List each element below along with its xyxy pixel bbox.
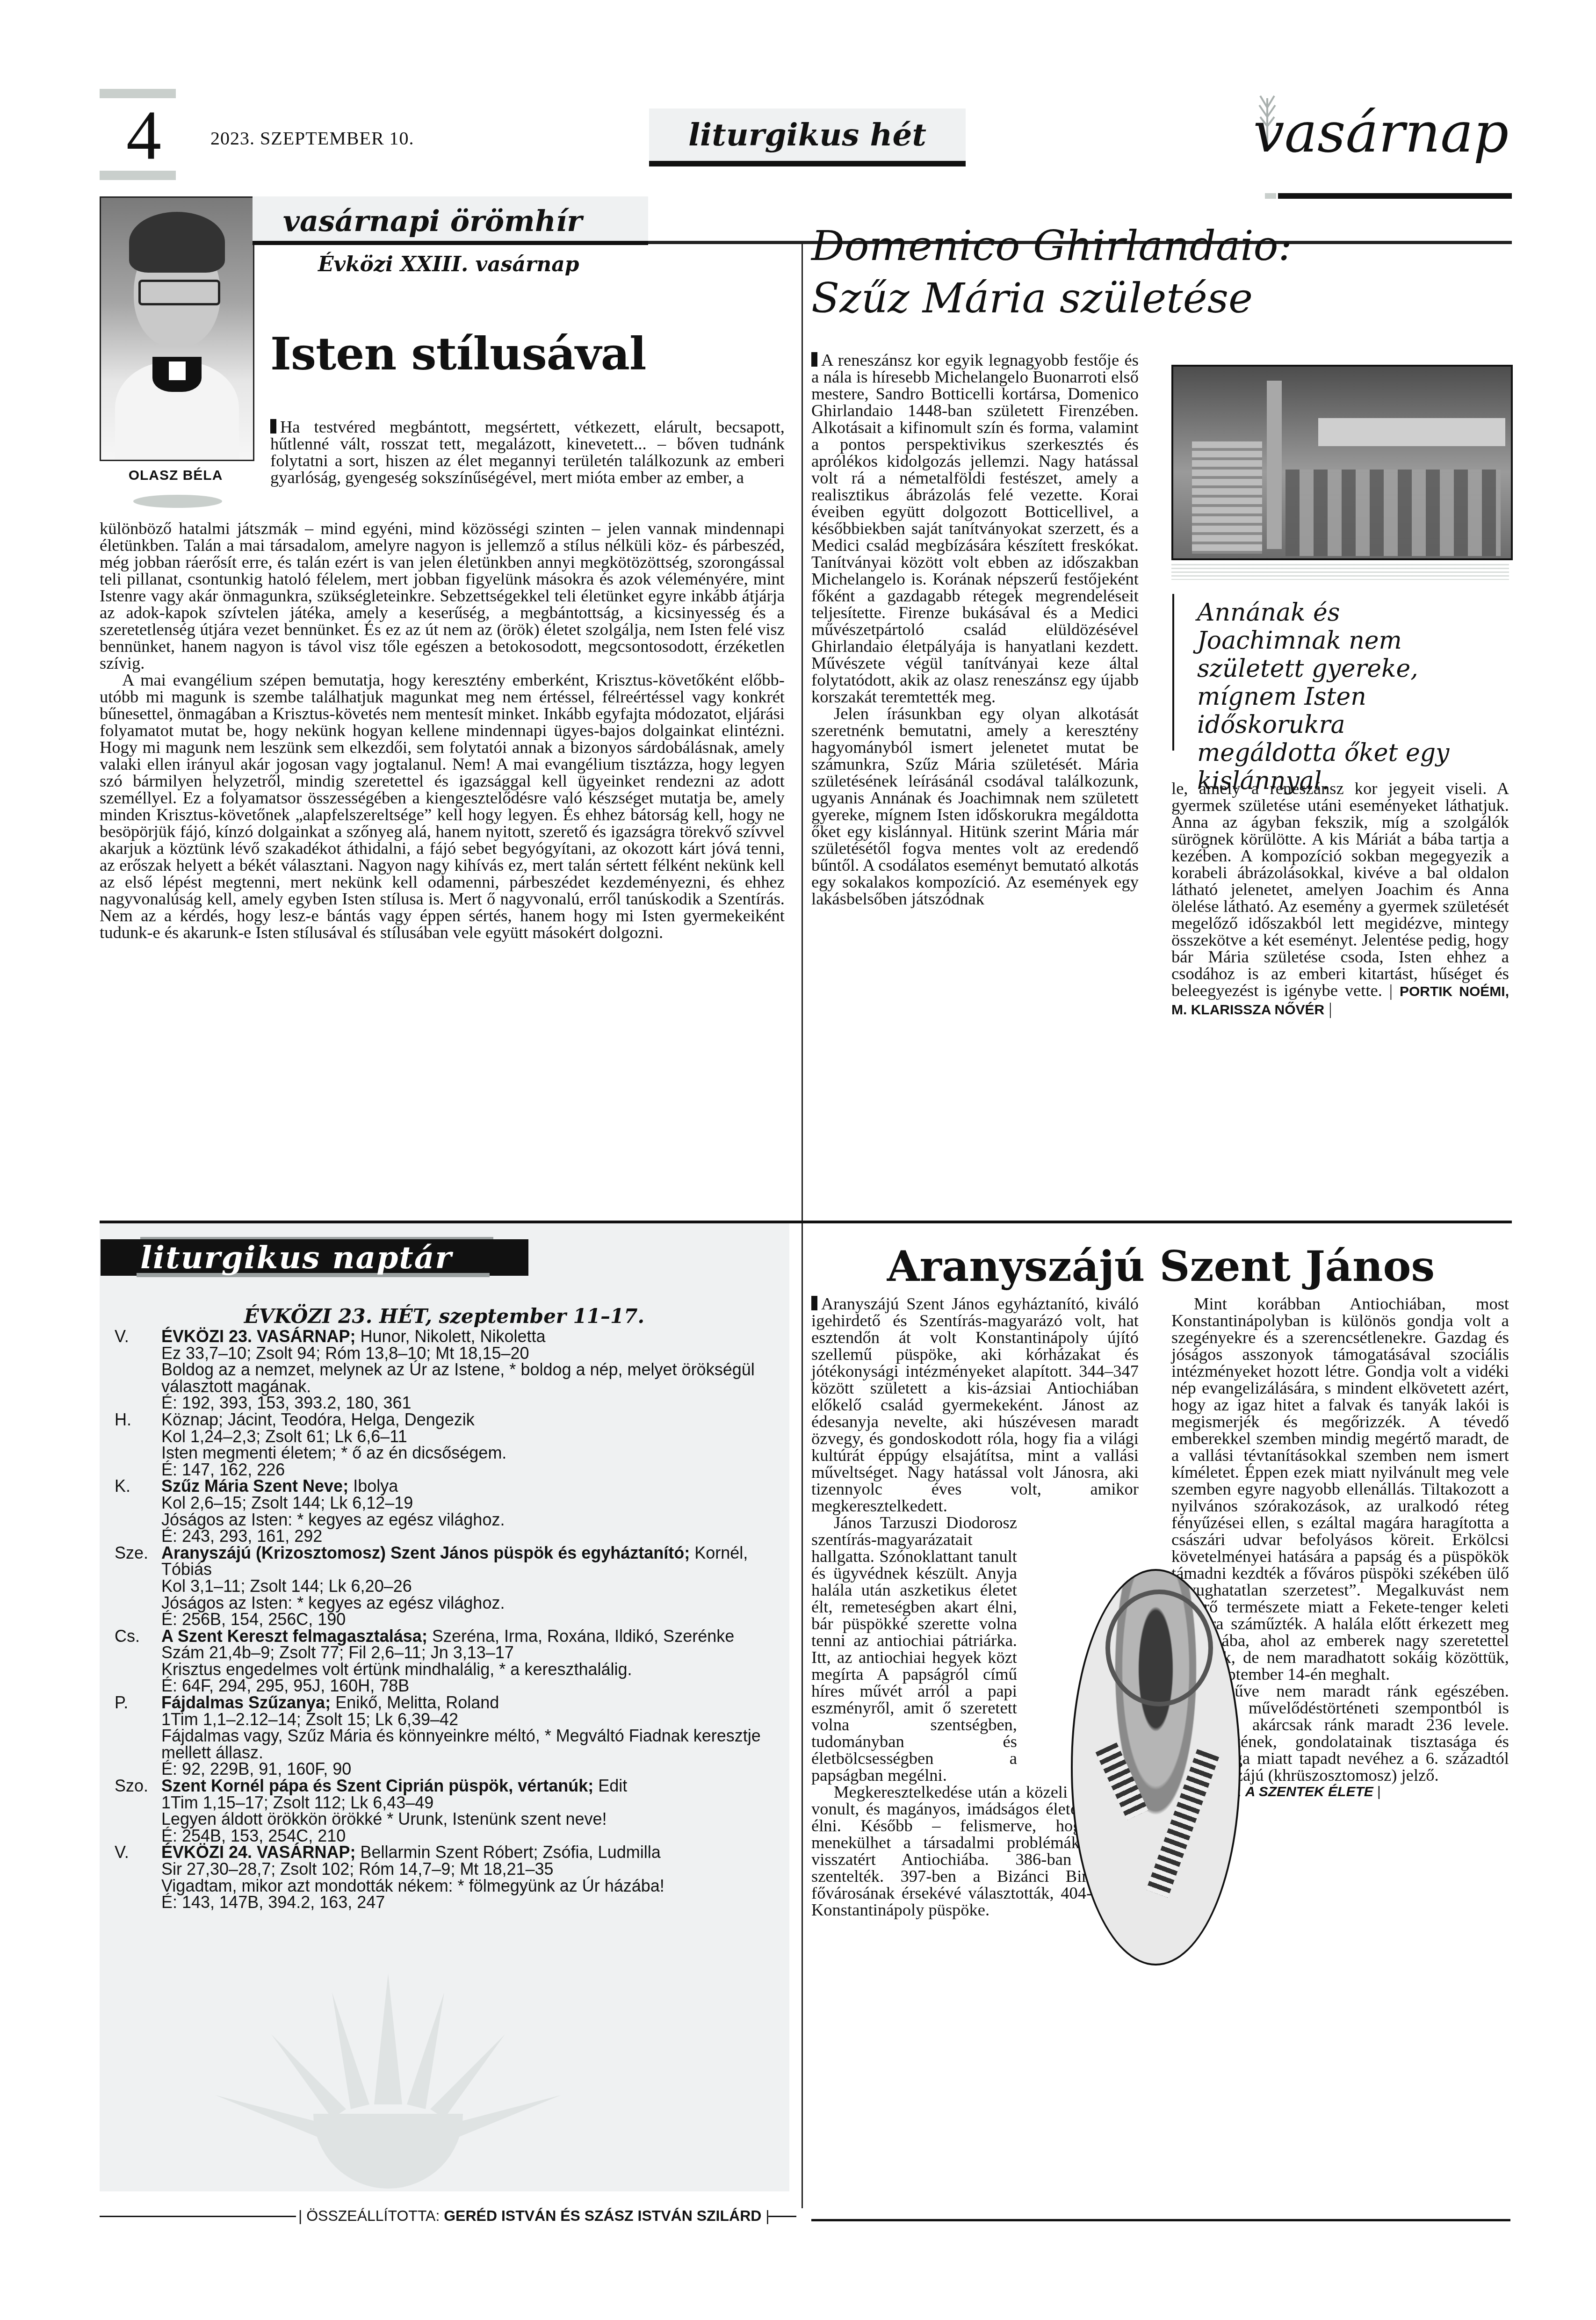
hymns: É: 192, 393, 153, 393.2, 180, 361 bbox=[161, 1395, 788, 1411]
image-ornament bbox=[1171, 564, 1509, 580]
hymns: É: 243, 293, 161, 292 bbox=[161, 1528, 788, 1545]
title-line: Domenico Ghirlandaio: bbox=[811, 220, 1292, 272]
brand-rule bbox=[1278, 193, 1512, 199]
calendar-day: K.Szűz Mária Szent Neve; IbolyaKol 2,6–1… bbox=[115, 1478, 788, 1544]
readings: 1Tim 1,1–2.12–14; Zsolt 15; Lk 6,39–42 bbox=[161, 1711, 788, 1728]
calendar-credit: | ÖSSZEÁLLÍTOTTA: GERÉD ISTVÁN ÉS SZÁSZ … bbox=[100, 2207, 789, 2226]
article-column: le, amely a reneszánsz kor jegyeit visel… bbox=[1171, 780, 1509, 1019]
hymns: É: 254B, 153, 254C, 210 bbox=[161, 1828, 788, 1844]
lead-text: Ha testvéred megbántott, megsértett, vét… bbox=[270, 417, 785, 487]
day-label: Cs. bbox=[115, 1628, 161, 1694]
psalm: Isten megmenti életem; * ő az én dicsősé… bbox=[161, 1445, 788, 1461]
article-body: különböző hatalmi játszmák – mind egyéni… bbox=[100, 520, 785, 941]
calendar-day: Cs.A Szent Kereszt felmagasztalása; Szer… bbox=[115, 1628, 788, 1694]
psalm: Vigadtam, mikor azt mondották nékem: * f… bbox=[161, 1878, 788, 1894]
section-label: liturgikus hét bbox=[688, 116, 926, 153]
credit-label: ÖSSZEÁLLÍTOTTA: bbox=[306, 2207, 444, 2224]
section-tab: liturgikus hét bbox=[649, 108, 966, 166]
calendar-day: Szo.Szent Kornél pápa és Szent Ciprián p… bbox=[115, 1778, 788, 1844]
psalm: Krisztus engedelmes volt értünk mindhalá… bbox=[161, 1661, 788, 1678]
feast: ÉVKÖZI 23. VASÁRNAP; bbox=[161, 1327, 355, 1346]
issue-date: 2023. SZEPTEMBER 10. bbox=[210, 127, 414, 149]
article-title: Isten stílusával bbox=[270, 327, 646, 380]
paragraph: A mai evangélium szépen bemutatja, hogy … bbox=[100, 672, 785, 941]
paragraph: különböző hatalmi játszmák – mind egyéni… bbox=[100, 520, 785, 672]
saint-icon-image bbox=[1071, 1569, 1241, 1966]
paragraph-marker-icon bbox=[811, 1296, 817, 1310]
readings: Szám 21,4b–9; Zsolt 77; Fil 2,6–11; Jn 3… bbox=[161, 1644, 788, 1661]
rubric-subtitle: Évközi XXIII. vasárnap bbox=[318, 253, 579, 276]
calendar-week: ÉVKÖZI 23. HÉT, szeptember 11–17. bbox=[94, 1305, 795, 1328]
readings: Ez 33,7–10; Zsolt 94; Róm 13,8–10; Mt 18… bbox=[161, 1345, 788, 1362]
paragraph: Mint korábban Antiochiában, most Konstan… bbox=[1171, 1295, 1509, 1683]
paragraph: Aranyszájú Szent János egyháztanító, kiv… bbox=[811, 1294, 1139, 1515]
name-days: Köznap; Jácint, Teodóra, Helga, Dengezik bbox=[161, 1410, 475, 1429]
calendar-day: Sze.Aranyszájú (Krizosztomosz) Szent Ján… bbox=[115, 1545, 788, 1628]
article-lead: Ha testvéred megbántott, megsértett, vét… bbox=[270, 419, 785, 486]
painting-image bbox=[1171, 365, 1513, 560]
quote-bar bbox=[1172, 594, 1174, 751]
source-title: A SZENTEK ÉLETE bbox=[1245, 1784, 1373, 1800]
feast: Szent Kornél pápa és Szent Ciprián püspö… bbox=[161, 1776, 593, 1795]
psalm: Boldog az a nemzet, melynek az Úr az Ist… bbox=[161, 1361, 788, 1395]
day-label: Szo. bbox=[115, 1778, 161, 1844]
psalm: Legyen áldott örökkön örökké * Urunk, Is… bbox=[161, 1811, 788, 1828]
feast: Fájdalmas Szűzanya; bbox=[161, 1693, 331, 1712]
author-ornament bbox=[133, 495, 222, 508]
day-label: V. bbox=[115, 1328, 161, 1411]
paragraph: A reneszánsz kor egyik legnagyobb festőj… bbox=[811, 350, 1139, 706]
psalm: Fájdalmas vagy, Szűz Mária és könnyeinkr… bbox=[161, 1727, 788, 1761]
hymns: É: 256B, 154, 256C, 190 bbox=[161, 1611, 788, 1628]
hymns: É: 143, 147B, 394.2, 163, 247 bbox=[161, 1894, 788, 1911]
footer-rule bbox=[811, 2219, 1510, 2221]
article-column: A reneszánsz kor egyik legnagyobb festőj… bbox=[811, 352, 1139, 907]
readings: Kol 3,1–11; Zsolt 144; Lk 6,20–26 bbox=[161, 1578, 788, 1595]
paragraph: János Tarzuszi Diodorosz szentírás-magya… bbox=[811, 1514, 1017, 1784]
day-label: H. bbox=[115, 1411, 161, 1478]
calendar-day: V.ÉVKÖZI 23. VASÁRNAP; Hunor, Nikolett, … bbox=[115, 1328, 788, 1411]
rubric-title: vasárnapi örömhír bbox=[283, 204, 582, 238]
readings: Kol 1,24–2,3; Zsolt 61; Lk 6,6–11 bbox=[161, 1428, 788, 1445]
calendar-header: liturgikus naptár bbox=[140, 1239, 452, 1276]
title-line: Szűz Mária születése bbox=[811, 272, 1292, 325]
calendar-day: P.Fájdalmas Szűzanya; Enikő, Melitta, Ro… bbox=[115, 1694, 788, 1778]
author-portrait bbox=[100, 196, 254, 461]
day-label: P. bbox=[115, 1694, 161, 1778]
page-number-bar-bottom bbox=[100, 171, 176, 180]
column-divider bbox=[802, 244, 803, 2208]
brand-rule-accent bbox=[1265, 193, 1276, 199]
credit-names: GERÉD ISTVÁN ÉS SZÁSZ ISTVÁN SZILÁRD bbox=[444, 2207, 761, 2224]
psalm: Jóságos az Isten: * kegyes az egész vilá… bbox=[161, 1595, 788, 1612]
paragraph-marker-icon bbox=[270, 419, 276, 434]
article-title: Domenico Ghirlandaio: Szűz Mária születé… bbox=[811, 220, 1292, 325]
readings: Kol 2,6–15; Zsolt 144; Lk 6,12–19 bbox=[161, 1495, 788, 1511]
day-label: Sze. bbox=[115, 1545, 161, 1628]
paragraph-marker-icon bbox=[811, 352, 817, 367]
author-name: OLASZ BÉLA bbox=[100, 468, 252, 484]
paragraph: Jelen írásunkban egy olyan alkotását sze… bbox=[811, 705, 1139, 907]
calendar-day: H.Köznap; Jácint, Teodóra, Helga, Dengez… bbox=[115, 1411, 788, 1478]
name-days: Edit bbox=[593, 1776, 627, 1795]
calendar-list: V.ÉVKÖZI 23. VASÁRNAP; Hunor, Nikolett, … bbox=[115, 1328, 788, 1911]
readings: 1Tim 1,15–17; Zsolt 112; Lk 6,43–49 bbox=[161, 1794, 788, 1811]
day-label: V. bbox=[115, 1844, 161, 1910]
name-days: Enikő, Melitta, Roland bbox=[331, 1693, 499, 1712]
article-title: Aranyszájú Szent János bbox=[811, 1242, 1510, 1291]
pull-quote: Annának és Joachimnak nem született gyer… bbox=[1197, 599, 1478, 795]
hymns: É: 92, 229B, 91, 160F, 90 bbox=[161, 1761, 788, 1778]
calendar-day: V.ÉVKÖZI 24. VASÁRNAP; Bellarmin Szent R… bbox=[115, 1844, 788, 1910]
brand-logo: vasárnap bbox=[1253, 102, 1509, 163]
readings: Sir 27,30–28,7; Zsolt 102; Róm 14,7–9; M… bbox=[161, 1861, 788, 1878]
page-number: 4 bbox=[126, 101, 161, 171]
name-days: Hunor, Nikolett, Nikoletta bbox=[355, 1327, 545, 1346]
hymns: É: 147, 162, 226 bbox=[161, 1461, 788, 1478]
paragraph: le, amely a reneszánsz kor jegyeit visel… bbox=[1171, 779, 1509, 1000]
feast: Aranyszájú (Krizosztomosz) Szent János p… bbox=[161, 1543, 690, 1562]
sunburst-watermark-icon bbox=[154, 1964, 622, 2189]
psalm: Jóságos az Isten: * kegyes az egész vilá… bbox=[161, 1511, 788, 1528]
hymns: É: 64F, 294, 295, 95J, 160H, 78B bbox=[161, 1677, 788, 1694]
day-label: K. bbox=[115, 1478, 161, 1544]
